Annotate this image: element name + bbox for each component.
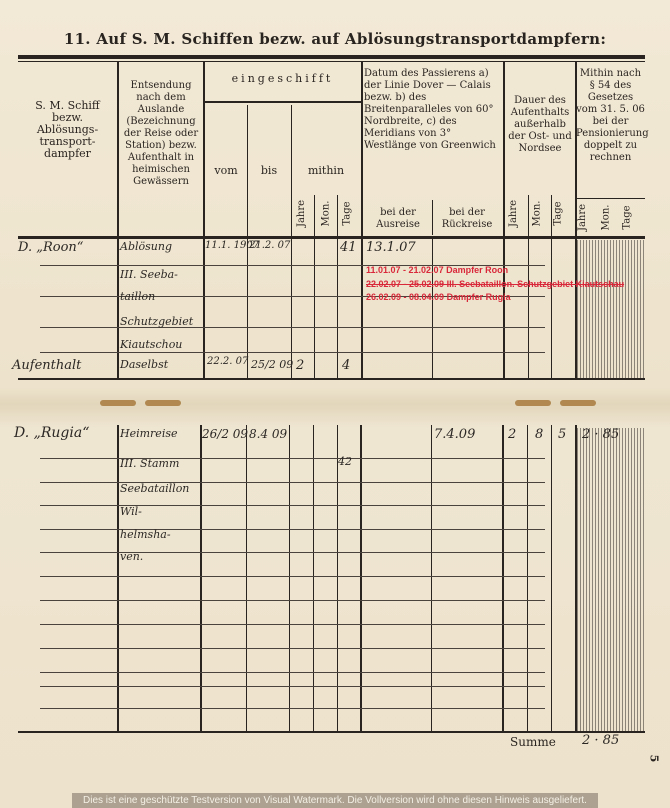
entry-double: 2 · 85 — [582, 427, 619, 442]
top-rule — [18, 55, 645, 59]
row-rule — [40, 529, 545, 530]
staple — [145, 400, 181, 406]
row-rule — [40, 352, 545, 353]
annotation-line-struck: 22.02.07 - 25.02.09 III. Seebataillon. S… — [366, 279, 624, 289]
entry-dispatch: Heimreise — [120, 427, 178, 440]
top-rule-thin — [18, 61, 645, 62]
entry-return: 7.4.09 — [434, 427, 475, 442]
row-rule — [40, 708, 545, 709]
row-rule — [40, 458, 545, 459]
entry-outbound: 13.1.07 — [366, 240, 416, 255]
col-divider — [503, 62, 505, 378]
entry-ship: D. „Roon“ — [18, 240, 83, 255]
entry-duration-years: 2 — [508, 427, 516, 442]
staple — [515, 400, 551, 406]
col-duration-header: Dauer des Aufenthalts außerhalb der Ost-… — [505, 95, 575, 155]
entry-dispatch: Kiautschou — [120, 338, 182, 351]
col-thus-header: mithin — [291, 165, 361, 177]
col-from-header: vom — [205, 165, 247, 177]
col-outbound-header: bei der Ausreise — [364, 207, 432, 231]
entry-years: 2 — [296, 358, 304, 373]
page-title: 11. Auf S. M. Schiffen bezw. auf Ablösun… — [0, 30, 670, 48]
label-years-3: Jahre — [577, 204, 588, 231]
col-divider — [551, 425, 552, 732]
entry-from: 22.2. 07 — [207, 356, 248, 367]
entry-dispatch: Daselbst — [120, 358, 168, 371]
hatched-area-bottom — [577, 428, 645, 732]
col-ship-header: S. M. Schiff bezw. Ablösungs-transport-d… — [20, 100, 115, 160]
annotation-line: 11.01.07 - 21.02.07 Dampfer Roon — [366, 265, 508, 275]
row-rule — [40, 672, 545, 673]
col-return-header: bei der Rückreise — [432, 207, 502, 231]
label-days-3: Tage — [622, 205, 633, 229]
annotation-line: 26.02.09 - 08.04.09 Dampfer Rugia — [366, 292, 511, 302]
entry-duration-months: 8 — [535, 427, 543, 442]
row-rule — [40, 648, 545, 649]
table-bottom-rule — [18, 731, 645, 733]
sum-value: 2 · 85 — [582, 733, 619, 748]
sum-label: Summe — [510, 735, 556, 749]
col-divider — [291, 105, 292, 378]
passing-rule — [432, 200, 433, 235]
row-rule — [40, 327, 545, 328]
watermark-banner: Dies ist eine geschützte Testversion von… — [72, 793, 598, 808]
label-days-1: Tage — [342, 201, 353, 225]
entry-dispatch: Wil- — [120, 505, 142, 518]
document-page: 11. Auf S. M. Schiffen bezw. auf Ablösun… — [0, 0, 670, 808]
entry-dispatch: helmsha- — [120, 528, 171, 541]
label-years-2: Jahre — [508, 200, 519, 227]
staple — [560, 400, 596, 406]
staple — [100, 400, 136, 406]
entry-dispatch: ven. — [120, 550, 143, 563]
col-divider — [432, 237, 433, 378]
entry-to: 8.4 09 — [249, 427, 287, 441]
entry-dispatch: Seebataillon — [120, 482, 189, 495]
entry-to: 21.2. 07 — [249, 240, 290, 251]
entry-duration-days: 5 — [558, 427, 566, 442]
col-double-header: Mithin nach § 54 des Gesetzes vom 31. 5.… — [576, 68, 645, 164]
entry-days: 42 — [338, 455, 352, 468]
label-months-2: Mon. — [531, 201, 542, 227]
col-divider — [361, 62, 363, 378]
col-to-header: bis — [247, 165, 291, 177]
label-days-2: Tage — [553, 201, 564, 225]
entry-dispatch: Ablösung — [120, 240, 172, 253]
entry-dispatch: III. Seeba- — [120, 268, 178, 281]
entry-ship: Aufenthalt — [12, 358, 81, 373]
col-dispatch-header: Entsendung nach dem Auslande (Bezeichnun… — [118, 80, 204, 188]
entry-dispatch: Schutzgebiet — [120, 315, 193, 328]
double-rule — [577, 198, 645, 199]
embarked-rule — [205, 101, 361, 103]
label-years-1: Jahre — [296, 200, 307, 227]
col-passing-header: Datum des Passierens a) der Linie Dover … — [364, 68, 502, 152]
row-rule — [40, 624, 545, 625]
row-rule — [40, 505, 545, 506]
row-rule — [40, 482, 545, 483]
label-months-3: Mon. — [600, 205, 611, 231]
entry-days: 41 — [340, 240, 357, 255]
page-number: 5 — [647, 755, 660, 763]
label-months-1: Mon. — [320, 201, 331, 227]
col-divider — [203, 62, 205, 378]
row-rule — [40, 576, 545, 577]
col-embarked-header: eingeschifft — [205, 73, 360, 85]
entry-dispatch: III. Stamm — [120, 457, 179, 470]
col-divider — [337, 195, 338, 378]
entry-to: 25/2 09 — [251, 358, 293, 371]
entry-dispatch: taillon — [120, 290, 155, 303]
entry-from: 26/2 09 — [202, 427, 248, 441]
col-divider — [314, 195, 315, 378]
col-divider — [117, 62, 119, 378]
entry-ship: D. „Rugia“ — [14, 425, 89, 441]
row-rule — [40, 686, 545, 687]
hatched-area-top — [577, 240, 645, 378]
row-rule — [40, 552, 545, 553]
entry-days: 4 — [342, 358, 350, 373]
row-rule — [40, 600, 545, 601]
section-bottom-rule — [18, 378, 645, 380]
